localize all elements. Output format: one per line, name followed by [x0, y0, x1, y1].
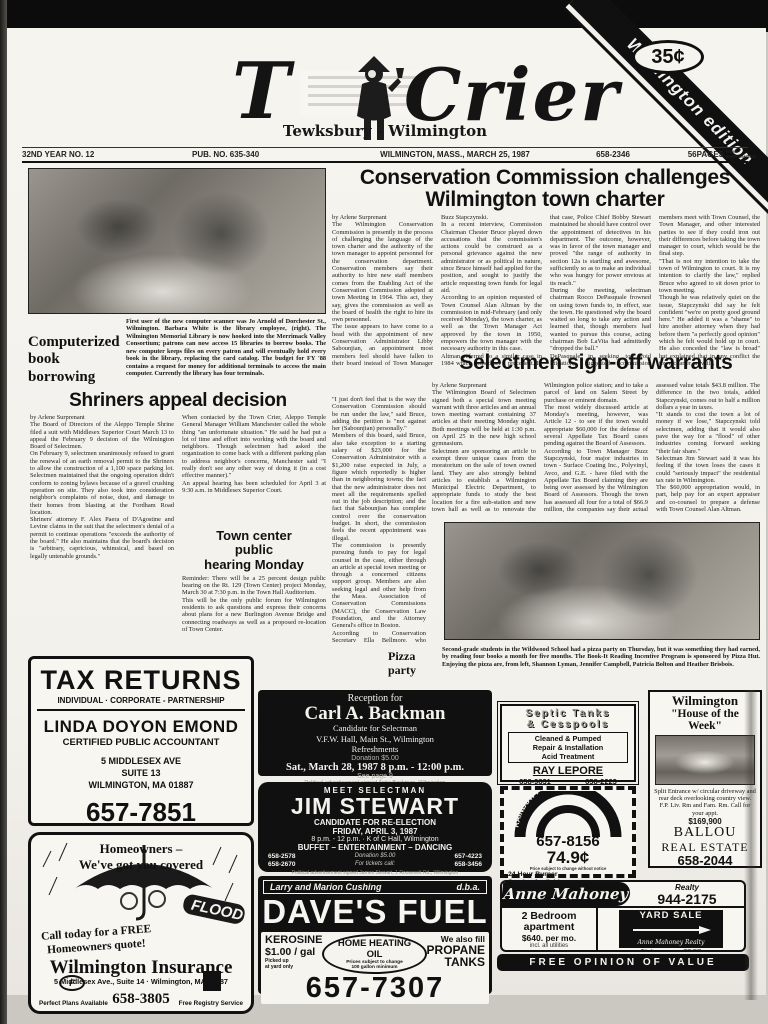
pizza-photo-label: Pizza party	[388, 646, 434, 678]
tax-ad-phone: 657-7851	[31, 797, 251, 828]
stewart-phones: 658-2578 658-2670 Donation $5.00 For tic…	[258, 852, 492, 869]
rainbow-price: 74.9¢	[504, 849, 632, 866]
article-selectmen-body: by Arlene Surprenant The Wilmington Boar…	[432, 382, 760, 518]
article-conservation-continuation: "I just don't feel that is the way the C…	[332, 396, 426, 642]
house-photo	[655, 735, 755, 785]
paper-phone: 658-2346	[548, 150, 678, 159]
tax-ad-address3: WILMINGTON, MA 01887	[31, 779, 251, 791]
mahoney-script-name: Anne Mahoney	[501, 882, 632, 906]
backman-donation: Donation $5.00	[258, 755, 492, 762]
daves-name: DAVE'S FUEL	[261, 895, 489, 930]
septic-services: Cleaned & Pumped Repair & Installation A…	[508, 732, 628, 763]
library-caption-row: Computerized book borrowing First user o…	[28, 318, 326, 386]
headline-shriners: Shriners appeal decision	[30, 391, 326, 411]
insurance-footer-right: Free Registry Service	[179, 1000, 243, 1007]
article-shriners-col2: When contacted by the Town Crier, Aleppo…	[182, 414, 326, 654]
library-photo-caption: First user of the new computer scanner w…	[126, 318, 326, 386]
backman-line3: Refreshments	[258, 744, 492, 755]
backman-seepage: See page 9	[258, 773, 492, 780]
article-towncenter-body: Reminder: There will be a 25 percent des…	[182, 575, 326, 653]
dateline: WILMINGTON, MASS., MARCH 25, 1987	[362, 150, 548, 159]
stewart-line3: 8 p.m. - 12 p.m. · K of C Hall, Wilmingt…	[258, 836, 492, 843]
insurance-headline1: Homeowners –	[31, 841, 251, 857]
ad-daves-fuel: Larry and Marion Cushing d.b.a. DAVE'S F…	[258, 876, 492, 994]
septic-title1: Septic Tanks	[502, 708, 634, 719]
newspaper-scan: T Crier Tewksbury - Wilmington Wilmingto…	[0, 0, 768, 1024]
septic-title2: & Cesspools	[502, 719, 634, 730]
stewart-name: JIM STEWART	[258, 795, 492, 818]
pizza-party-photo	[444, 522, 760, 640]
daves-panel: KEROSINE $1.00 / gal Picked up at yard o…	[261, 932, 489, 1004]
septic-name: RAY LEPORE	[502, 765, 634, 777]
page-count-value: 56PAGES	[688, 150, 724, 159]
daves-phone: 657-7307	[265, 974, 485, 1003]
headline-conservation: Conservation Commission challenges Wilmi…	[330, 167, 760, 210]
price-badge: 35¢	[632, 40, 704, 74]
free-opinion-banner: FREE OPINION OF VALUE	[497, 954, 749, 971]
scan-left-border	[0, 0, 7, 1024]
stewart-phones-right: 657-4223 658-3456	[455, 853, 482, 869]
daves-owners: Larry and Marion Cushing	[270, 882, 382, 892]
yard-sale-sign: YARD SALE Anne Mahoney Realty	[619, 910, 723, 948]
insurance-logo-icon: F	[59, 975, 85, 991]
tax-ad-title: TAX RETURNS	[31, 665, 251, 696]
ad-anne-mahoney: Anne Mahoney Realty 944-2175 2 Bedroom a…	[500, 880, 746, 952]
tax-ad-address1: 5 MIDDLESEX AVE	[31, 755, 251, 767]
mahoney-apartment-listing: 2 Bedroom apartment $640. per mo. incl. …	[502, 908, 598, 952]
stewart-line2: FRIDAY, APRIL 3, 1987	[258, 827, 492, 836]
stewart-line4: BUFFET – ENTERTAINMENT – DANCING	[258, 843, 492, 852]
stewart-line1: CANDIDATE FOR RE-ELECTION	[258, 818, 492, 827]
backman-datetime: Sat., March 28, 1987 8 p.m. - 12:00 p.m.	[258, 762, 492, 773]
ad-carl-backman: Reception for Carl A. Backman Candidate …	[258, 690, 492, 776]
library-photo	[28, 168, 326, 314]
insurance-footer: Perfect Plans Available Free Registry Se…	[39, 1000, 243, 1007]
daves-dba: d.b.a.	[456, 882, 480, 892]
mahoney-phone: 944-2175	[630, 892, 744, 906]
daves-kerosine: KEROSINE $1.00 / gal Picked up at yard o…	[265, 934, 322, 970]
daves-header: Larry and Marion Cushing d.b.a.	[263, 880, 487, 894]
tax-ad-role: CERTIFIED PUBLIC ACCOUNTANT	[31, 737, 251, 748]
page-count-note: PLUS SUPPLEMENTS	[726, 150, 748, 159]
mahoney-realty: Realty 944-2175	[630, 883, 744, 906]
stewart-tickets: Donation $5.00 For tickets call:	[355, 853, 396, 869]
backman-name: Carl A. Backman	[258, 704, 492, 723]
daves-propane: We also fill PROPANE TANKS	[427, 934, 485, 968]
mahoney-yard-sale: YARD SALE Anne Mahoney Realty Pick up yo…	[598, 908, 744, 952]
headline-towncenter: Town center public hearing Monday	[182, 529, 326, 572]
article-shriners: by Arlene Surprenant The Board of Direct…	[30, 414, 326, 654]
ad-rainbow-fuel: RAINBOW FUEL COMPANY 657-8156 74.9¢ Pric…	[500, 786, 636, 878]
rainbow-arc-icon: RAINBOW FUEL COMPANY	[506, 791, 630, 837]
tax-ad-name: LINDA DOYON EMOND	[31, 717, 251, 737]
daves-heating-oil: HOME HEATING OIL Prices subject to chang…	[322, 934, 426, 974]
pizza-photo-caption: Second-grade students in the Wildwood Sc…	[442, 646, 760, 678]
headline-selectmen: Selectmen sign-off warrants	[432, 352, 760, 374]
stewart-phones-left: 658-2578 658-2670	[268, 853, 295, 869]
tax-ad-address2: SUITE 13	[31, 767, 251, 779]
ad-ray-lepore-septic: Septic Tanks & Cesspools Cleaned & Pumpe…	[500, 704, 636, 782]
page-count: 56PAGES PLUS SUPPLEMENTS	[678, 150, 748, 159]
issue-number: 32ND YEAR NO. 12	[22, 150, 192, 159]
registry-logo-icon	[203, 971, 221, 991]
insurance-footer-left: Perfect Plans Available	[39, 1000, 108, 1007]
tax-ad-subtitle: INDIVIDUAL · CORPORATE - PARTNERSHIP	[37, 696, 245, 711]
arrow-right-icon	[631, 926, 711, 934]
masthead-info-bar: 32ND YEAR NO. 12 PUB. NO. 635-340 WILMIN…	[22, 147, 748, 163]
backman-line2: V.F.W. Hall, Main St., Wilmington	[258, 734, 492, 745]
article-shriners-col2-text: When contacted by the Town Crier, Aleppo…	[182, 414, 326, 524]
library-photo-label: Computerized book borrowing	[28, 318, 120, 386]
ad-jim-stewart: MEET SELECTMAN JIM STEWART CANDIDATE FOR…	[258, 782, 492, 872]
ad-wilmington-insurance: FLOOD Homeowners – We've got you covered…	[28, 832, 254, 1014]
article-shriners-col1: by Arlene Surprenant The Board of Direct…	[30, 414, 174, 654]
ad-tax-returns: TAX RETURNS INDIVIDUAL · CORPORATE - PAR…	[28, 656, 254, 826]
page-crease	[744, 690, 758, 1000]
mahoney-header: Anne Mahoney Realty 944-2175	[502, 882, 744, 906]
backman-line1: Candidate for Selectman	[258, 723, 492, 734]
pizza-caption-row: Pizza party Second-grade students in the…	[388, 646, 760, 678]
publication-number: PUB. NO. 635-340	[192, 150, 362, 159]
insurance-headline2: We've got you covered	[31, 857, 251, 873]
septic-phones: 658-9831 658-2223	[502, 777, 634, 786]
masthead-subtitle: Tewksbury - Wilmington	[250, 122, 520, 140]
